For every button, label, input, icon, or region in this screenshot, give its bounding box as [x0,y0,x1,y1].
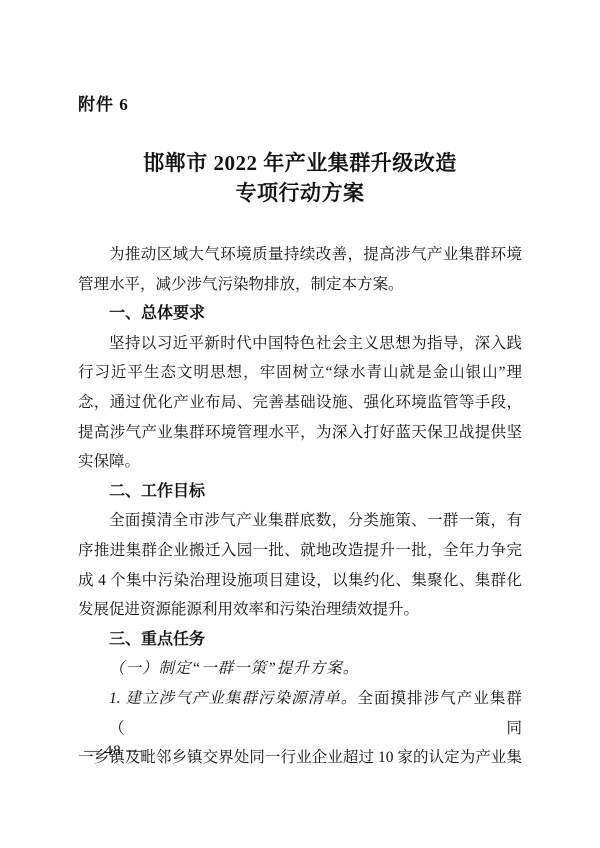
document-line: 实保障。 [78,447,522,477]
document-line: 全面摸清全市涉气产业集群底数，分类施策、一群一策，有 [78,506,522,536]
document-title: 邯郸市 2022 年产业集群升级改造 专项行动方案 [0,148,600,208]
document-line: 一乡镇及毗邻乡镇交界处同一行业企业超过 10 家的认定为产业集 [78,743,522,773]
document-page: 附件 6 邯郸市 2022 年产业集群升级改造 专项行动方案 为推动区域大气环境… [0,0,600,848]
document-title-line2: 专项行动方案 [0,178,600,208]
document-line: 发展促进资源能源利用效率和污染治理绩效提升。 [78,595,522,625]
document-line: 管理水平，减少涉气污染物排放，制定本方案。 [78,270,522,300]
document-body: 为推动区域大气环境质量持续改善，提高涉气产业集群环境管理水平，减少涉气污染物排放… [78,240,522,773]
section-heading: 三、重点任务 [78,625,522,655]
document-line: 序推进集群企业搬迁入园一批、就地改造提升一批，全年力争完 [78,536,522,566]
sub-section-heading: （一）制定“一群一策”提升方案。 [78,654,522,684]
attachment-label: 附件 6 [78,90,129,115]
document-line: 念，通过优化产业布局、完善基础设施、强化环境监管等手段， [78,388,522,418]
document-line: 坚持以习近平新时代中国特色社会主义思想为指导，深入践 [78,329,522,359]
task-title-text: 1. 建立涉气产业集群污染源清单。 [109,690,357,707]
document-line: 行习近平生态文明思想，牢固树立“绿水青山就是金山银山”理 [78,358,522,388]
document-title-line1: 邯郸市 2022 年产业集群升级改造 [0,148,600,178]
page-number: — 48 — [84,743,143,760]
section-heading: 二、工作目标 [78,477,522,507]
document-line: 1. 建立涉气产业集群污染源清单。全面摸排涉气产业集群（同 [78,684,522,743]
document-line: 提高涉气产业集群环境管理水平，为深入打好蓝天保卫战提供坚 [78,418,522,448]
document-line: 成 4 个集中污染治理设施项目建设，以集约化、集聚化、集群化 [78,566,522,596]
document-line: 为推动区域大气环境质量持续改善，提高涉气产业集群环境 [78,240,522,270]
section-heading: 一、总体要求 [78,299,522,329]
